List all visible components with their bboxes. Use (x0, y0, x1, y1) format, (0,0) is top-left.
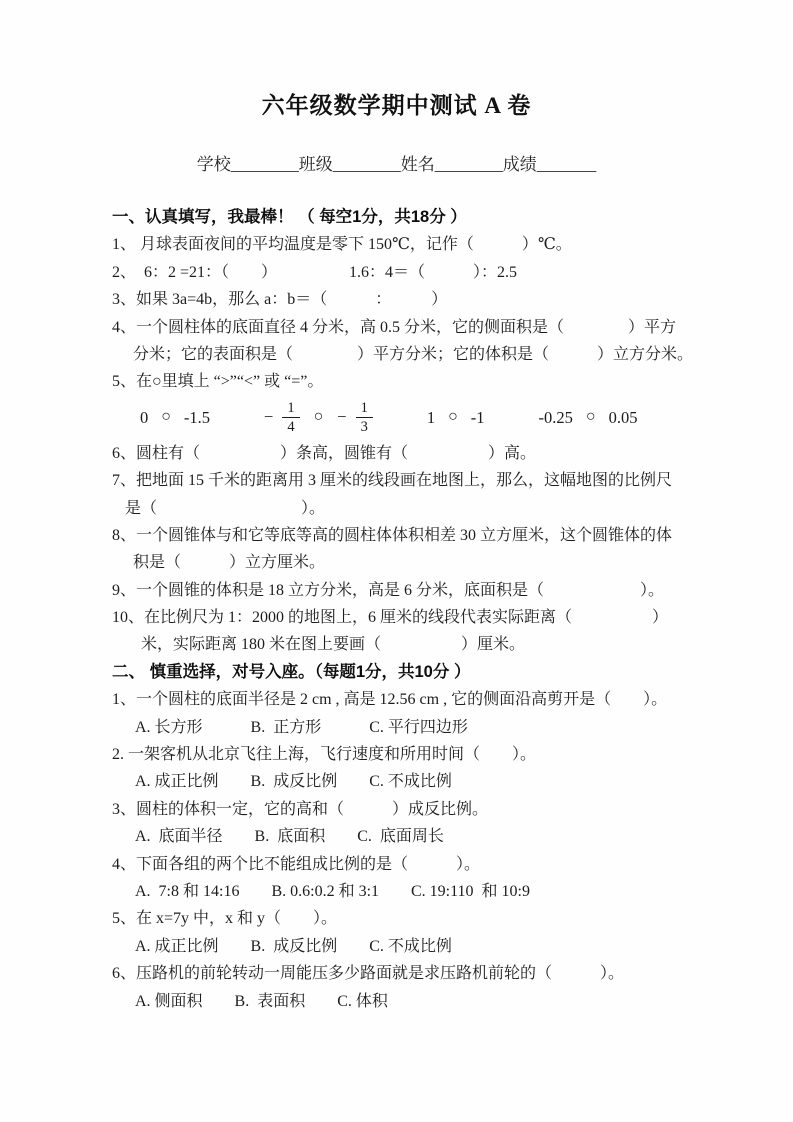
compare-item-3: 1 ○ -1 (427, 408, 485, 428)
minus-sign: − (264, 407, 273, 427)
s1-question-6: 6、圆柱有（ ）条高，圆锥有（ ）高。 (112, 440, 733, 467)
compare-left-value: 1 (427, 408, 435, 428)
page-title: 六年级数学期中测试 A 卷 (0, 0, 793, 122)
section1-heading: 一、认真填写，我最棒！ （ 每空1分，共18分 ） (112, 204, 733, 231)
s2-question-1: 1、一个圆柱的底面半径是 2 cm , 高是 12.56 cm , 它的侧面沿高… (112, 686, 733, 713)
compare-right-value: -1.5 (184, 408, 210, 428)
compare-left-value: 0 (140, 408, 148, 428)
s2-question-5-options: A. 成正比例 B. 成反比例 C. 不成比例 (112, 933, 733, 960)
compare-right-value: 0.05 (609, 408, 638, 428)
student-info-line: 学校________班级________姓名________成绩_______ (0, 152, 793, 178)
test-paper-page: 六年级数学期中测试 A 卷 学校________班级________姓名____… (0, 0, 793, 1122)
compare-right-value: -1 (471, 408, 485, 428)
s1-question-4-line1: 4、一个圆柱体的底面直径 4 分米，高 0.5 分米，它的侧面积是（ ）平方 (112, 314, 733, 341)
compare-item-2: − 1 4 ○ − 1 3 (264, 400, 373, 436)
fraction-numerator: 1 (282, 400, 299, 419)
s2-question-6: 6、压路机的前轮转动一周能压多少路面就是求压路机前轮的（ ）。 (112, 960, 733, 987)
fraction-denominator: 4 (282, 418, 299, 436)
s2-question-4-options: A. 7:8 和 14:16 B. 0.6:0.2 和 3:1 C. 19:11… (112, 878, 733, 905)
s1-question-8-line2: 积是（ ）立方厘米。 (112, 549, 733, 576)
s2-question-2-options: A. 成正比例 B. 成反比例 C. 不成比例 (112, 768, 733, 795)
fraction-numerator: 1 (356, 400, 373, 419)
circle-blank-icon: ○ (161, 408, 171, 426)
compare-item-4: -0.25 ○ 0.05 (539, 408, 638, 428)
s1-question-5: 5、在○里填上 “>”“<” 或 “=”。 (112, 368, 733, 395)
circle-blank-icon: ○ (586, 408, 596, 426)
minus-sign: − (337, 407, 346, 427)
s2-question-3-options: A. 底面半径 B. 底面积 C. 底面周长 (112, 823, 733, 850)
s2-question-6-options: A. 侧面积 B. 表面积 C. 体积 (112, 988, 733, 1015)
section2-heading: 二、 慎重选择，对号入座。（每题1分，共10分 ） (112, 659, 733, 686)
s1-question-7-line1: 7、把地面 15 千米的距离用 3 厘米的线段画在地图上，那么，这幅地图的比例尺 (112, 467, 733, 494)
s2-question-1-options: A. 长方形 B. 正方形 C. 平行四边形 (112, 714, 733, 741)
fraction-denominator: 3 (356, 418, 373, 436)
s1-question-3: 3、如果 3a=4b，那么 a：b＝（ ： ） (112, 286, 733, 313)
s1-question-10-line2: 米，实际距离 180 米在图上要画（ ）厘米。 (112, 631, 733, 658)
s2-question-2: 2. 一架客机从北京飞往上海，飞行速度和所用时间（ ）。 (112, 741, 733, 768)
s1-question-2: 2、 6：2 =21：（ ） 1.6：4＝（ ）：2.5 (112, 259, 733, 286)
s1-question-7-line2: 是（ ）。 (112, 495, 733, 522)
s2-question-3: 3、圆柱的体积一定，它的高和（ ）成反比例。 (112, 796, 733, 823)
s1-question-5-compare-row: 0 ○ -1.5 − 1 4 ○ − 1 3 1 ○ -1 (112, 396, 733, 440)
paper-body: 一、认真填写，我最棒！ （ 每空1分，共18分 ） 1、 月球表面夜间的平均温度… (0, 204, 793, 1015)
compare-item-1: 0 ○ -1.5 (140, 408, 210, 428)
s1-question-9: 9、一个圆锥的体积是 18 立方分米，高是 6 分米，底面积是（ ）。 (112, 577, 733, 604)
s2-question-5: 5、在 x=7y 中，x 和 y（ ）。 (112, 905, 733, 932)
s1-question-1: 1、 月球表面夜间的平均温度是零下 150℃，记作（ ）℃。 (112, 231, 733, 258)
circle-blank-icon: ○ (448, 408, 458, 426)
fraction-one-third: 1 3 (356, 400, 373, 436)
fraction-one-fourth: 1 4 (282, 400, 299, 436)
s2-question-4: 4、下面各组的两个比不能组成比例的是（ ）。 (112, 851, 733, 878)
compare-left-value: -0.25 (539, 408, 573, 428)
circle-blank-icon: ○ (314, 408, 324, 426)
s1-question-8-line1: 8、一个圆锥体与和它等底等高的圆柱体体积相差 30 立方厘米，这个圆锥体的体 (112, 522, 733, 549)
s1-question-4-line2: 分米；它的表面积是（ ）平方分米；它的体积是（ ）立方分米。 (112, 341, 733, 368)
s1-question-10-line1: 10、在比例尺为 1：2000 的地图上，6 厘米的线段代表实际距离（ ） (112, 604, 733, 631)
